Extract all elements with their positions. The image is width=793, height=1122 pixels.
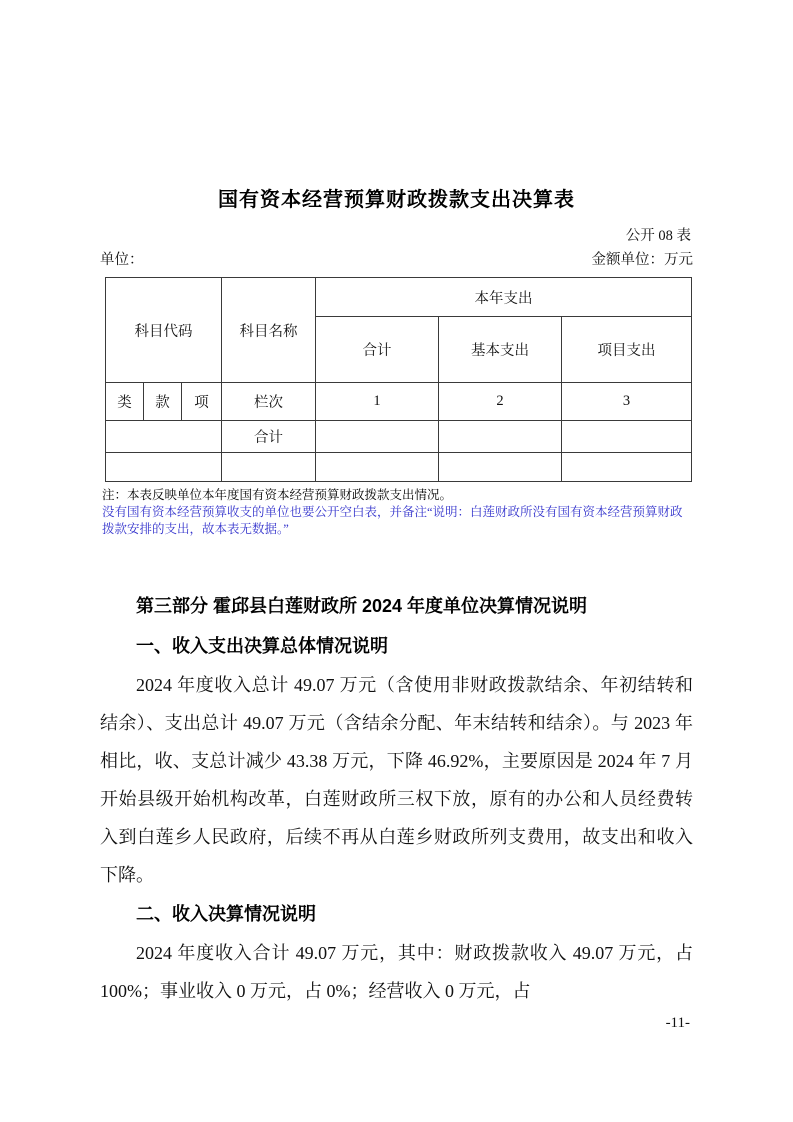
cell-basic: [439, 421, 562, 453]
header-current-year-expenditure: 本年支出: [316, 278, 692, 317]
document-page: 国有资本经营预算财政拨款支出决算表 公开 08 表 单位： 金额单位：万元 科目…: [0, 0, 793, 1122]
section1-paragraph: 2024 年度收入总计 49.07 万元（含使用非财政拨款结余、年初结转和结余）…: [100, 666, 693, 894]
section2-paragraph: 2024 年度收入合计 49.07 万元，其中：财政拨款收入 49.07 万元，…: [100, 934, 693, 1010]
cell-total: [316, 453, 439, 482]
note-black: 注：本表反映单位本年度国有资本经营预算财政拨款支出情况。: [102, 487, 693, 504]
unit-row: 单位： 金额单位：万元: [100, 251, 693, 270]
table-code-label: 公开 08 表: [100, 227, 693, 246]
cell-code: [106, 421, 222, 453]
header-basic-expenditure: 基本支出: [439, 317, 562, 383]
table-notes: 注：本表反映单位本年度国有资本经营预算财政拨款支出情况。 没有国有资本经营预算收…: [102, 487, 693, 538]
table-column-index-row: 类 款 项 栏次 1 2 3: [106, 383, 692, 421]
col-category: 类: [106, 383, 144, 421]
amount-unit-label: 金额单位：万元: [592, 251, 694, 270]
col-index-2: 2: [439, 383, 562, 421]
header-project-expenditure: 项目支出: [562, 317, 692, 383]
cell-code: [106, 453, 222, 482]
part3-heading: 第三部分 霍邱县白莲财政所 2024 年度单位决算情况说明: [100, 586, 693, 626]
cell-project: [562, 453, 692, 482]
explanation-section: 第三部分 霍邱县白莲财政所 2024 年度单位决算情况说明 一、收入支出决算总体…: [100, 586, 693, 1010]
header-total: 合计: [316, 317, 439, 383]
unit-label: 单位：: [100, 251, 144, 270]
cell-name: [222, 453, 316, 482]
cell-total: [316, 421, 439, 453]
page-number: -11-: [100, 1013, 693, 1033]
cell-basic: [439, 453, 562, 482]
col-item: 款: [144, 383, 182, 421]
table-row-empty: [106, 453, 692, 482]
header-subject-name: 科目名称: [222, 278, 316, 383]
col-index-1: 1: [316, 383, 439, 421]
table-header-row-1: 科目代码 科目名称 本年支出: [106, 278, 692, 317]
col-subitem: 项: [182, 383, 222, 421]
section1-heading: 一、收入支出决算总体情况说明: [100, 626, 693, 666]
page-content: 国有资本经营预算财政拨款支出决算表 公开 08 表 单位： 金额单位：万元 科目…: [0, 0, 793, 1033]
table-title: 国有资本经营预算财政拨款支出决算表: [100, 186, 693, 214]
cell-project: [562, 421, 692, 453]
note-blue: 没有国有资本经营预算收支的单位也要公开空白表，并备注“说明：白莲财政所没有国有资…: [102, 504, 693, 538]
expenditure-table: 科目代码 科目名称 本年支出 合计 基本支出 项目支出 类 款 项 栏次 1 2…: [105, 277, 692, 482]
col-lanci: 栏次: [222, 383, 316, 421]
col-index-3: 3: [562, 383, 692, 421]
header-subject-code: 科目代码: [106, 278, 222, 383]
cell-name: 合计: [222, 421, 316, 453]
table-row-total: 合计: [106, 421, 692, 453]
section2-heading: 二、收入决算情况说明: [100, 894, 693, 934]
